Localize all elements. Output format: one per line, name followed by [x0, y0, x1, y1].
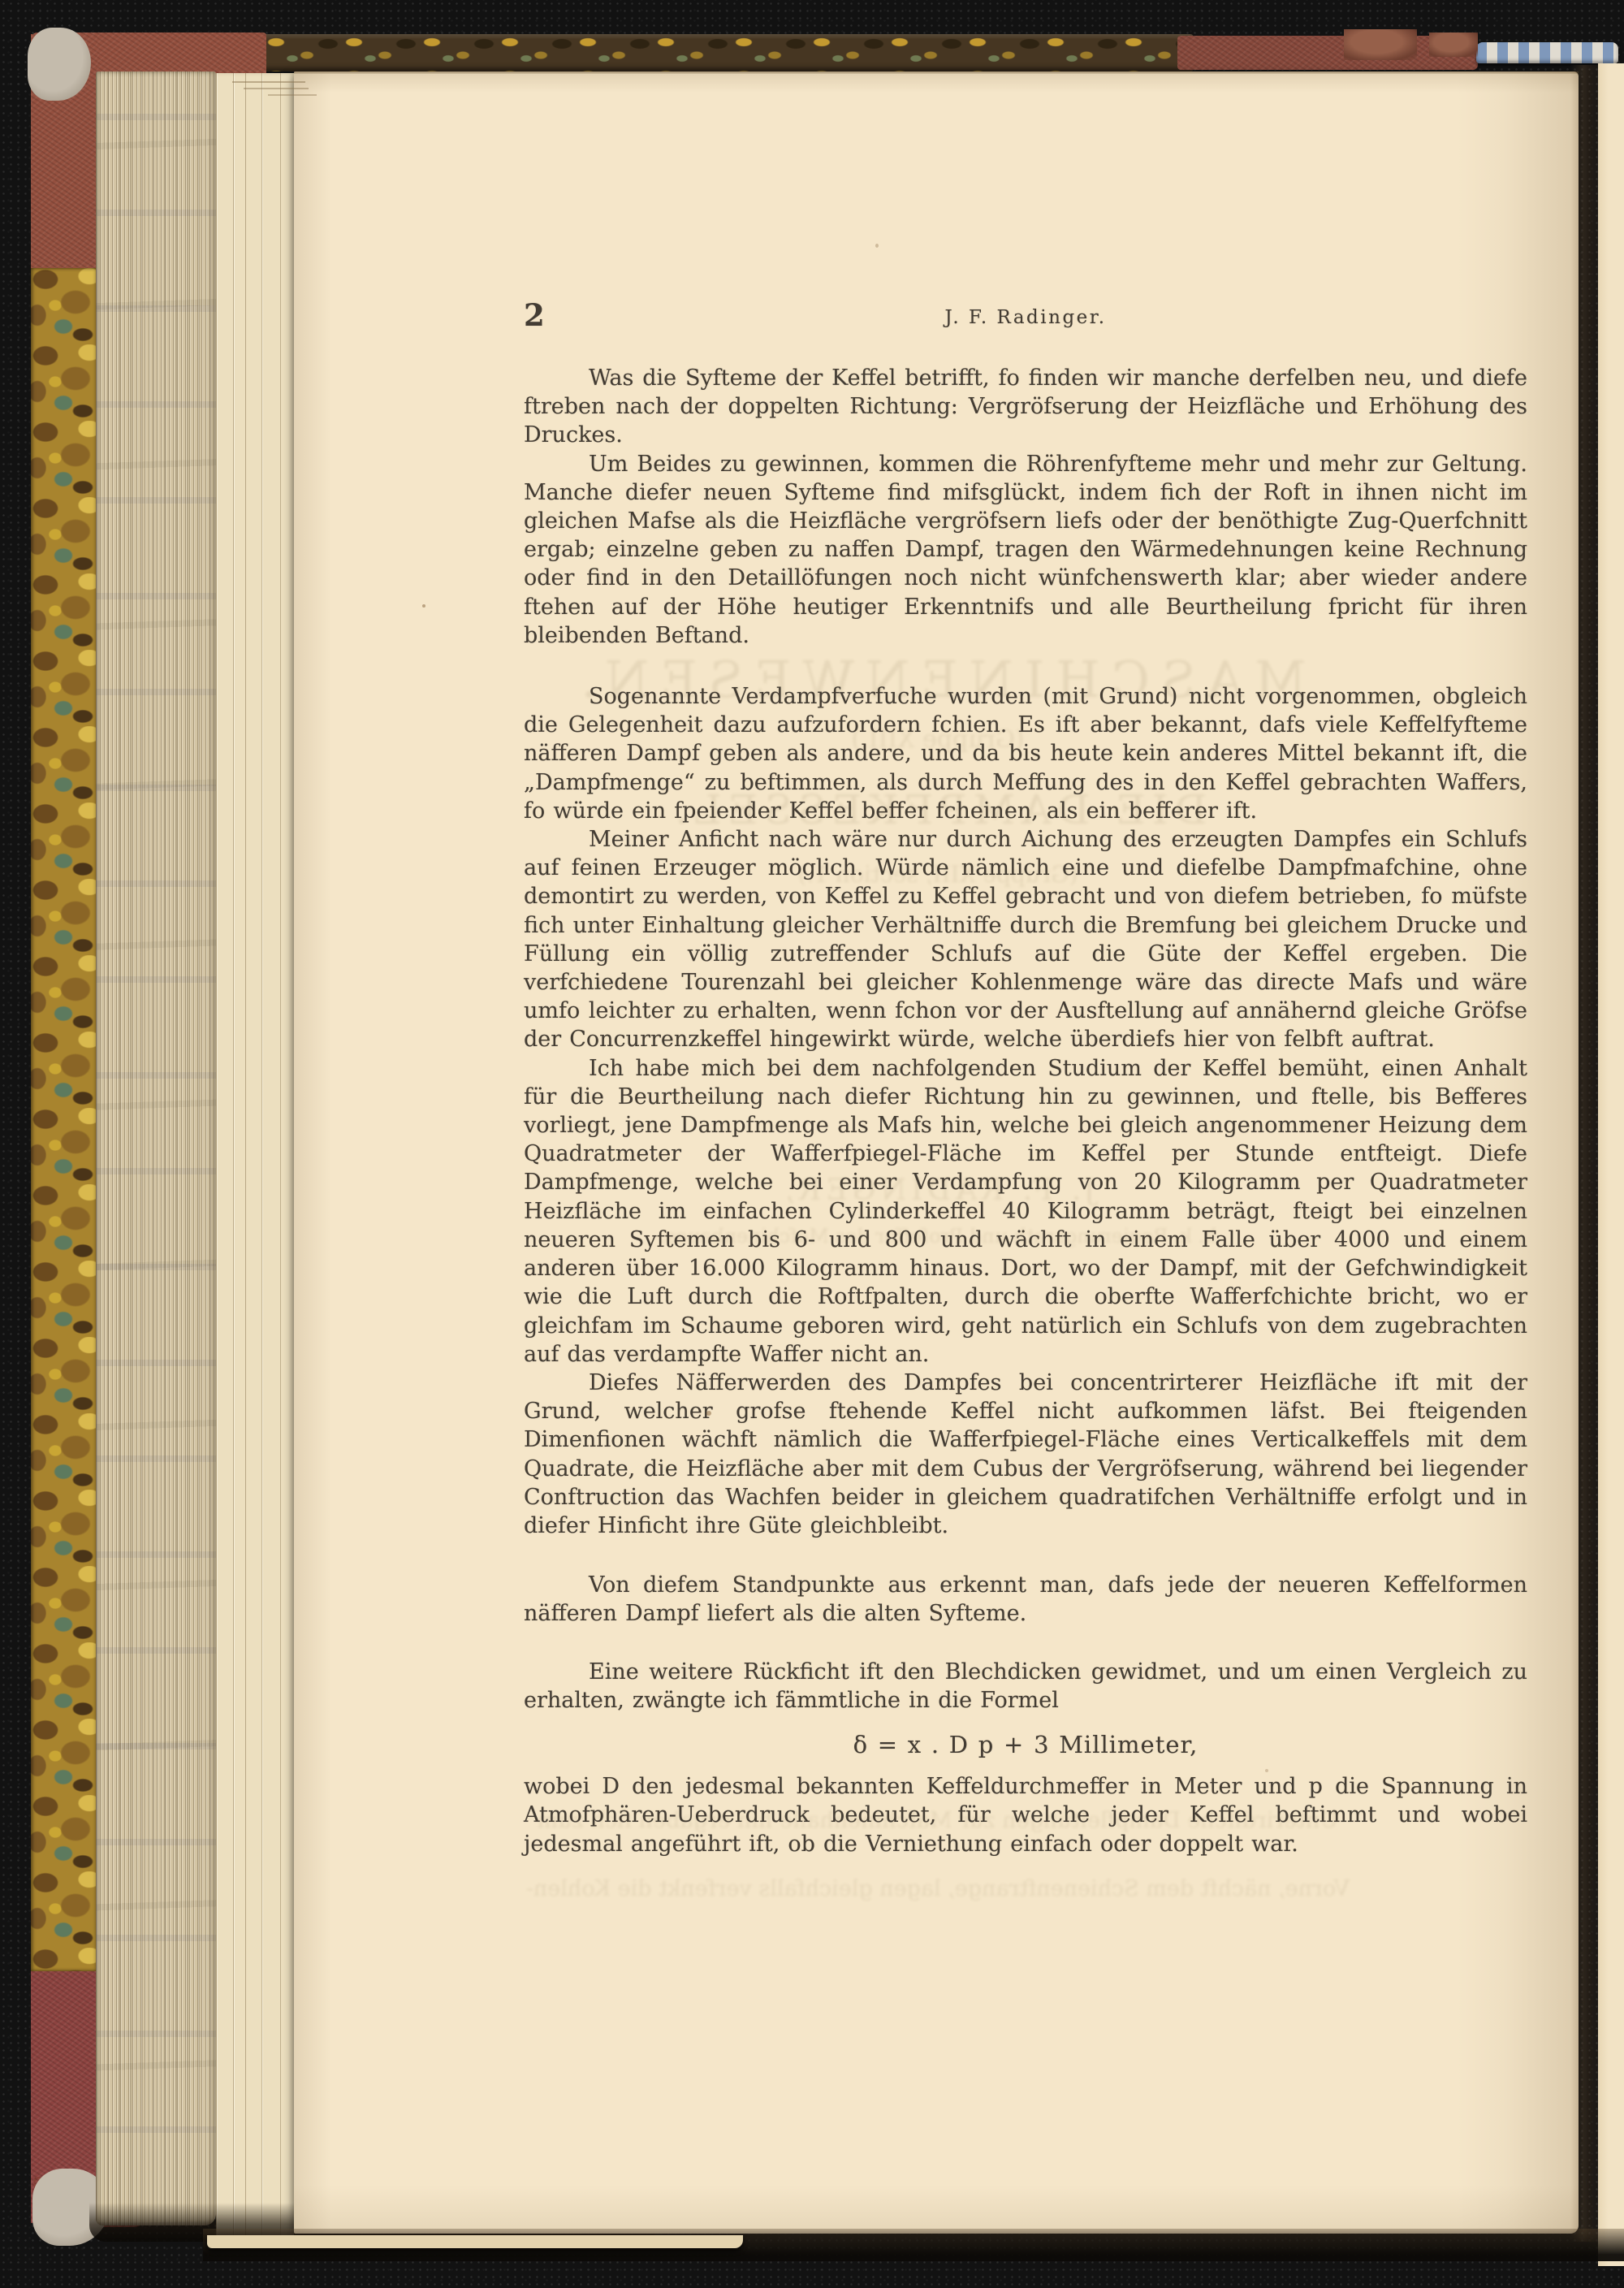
- foxing-speck: [1265, 1769, 1268, 1772]
- cover-left-strip-marbled: [31, 268, 97, 1971]
- foxing-speck: [422, 604, 425, 608]
- page-top-edge-line: [294, 71, 1579, 74]
- headband: [1476, 42, 1618, 63]
- leather-wear-lump: [1429, 32, 1478, 57]
- show-through-text: Vorne, nächft dem Schienenftrange, lagen…: [294, 1876, 1582, 1901]
- next-page-sliver: [1598, 63, 1624, 2266]
- scanned-book-photo: MASCHINENWESEN. (Gruppe XIII.) DIE DAMPF…: [0, 0, 1624, 2288]
- foxing-speck: [875, 244, 879, 248]
- running-title: J. F. Radinger.: [524, 307, 1527, 328]
- sheet-step-edge: [232, 81, 305, 83]
- under-page-sliver: [207, 2235, 743, 2248]
- body-text: Was die Syfteme der Keffel betrifft, fo …: [524, 364, 1527, 1858]
- sheet-step-edge: [268, 94, 317, 96]
- paragraph: Sogenannte Verdampfverfuche wurden (mit …: [524, 682, 1527, 825]
- loose-page-edges: [216, 73, 294, 2240]
- cover-top-edge: [187, 34, 1194, 71]
- paragraph: Meiner Anficht nach wäre nur durch Aichu…: [524, 825, 1527, 1054]
- sheet-step-edge: [244, 88, 309, 89]
- foxing-speck: [706, 1411, 711, 1416]
- leather-wear-lump: [1344, 29, 1417, 60]
- page-stack-fore-edge: [96, 71, 216, 2225]
- paragraph: Eine weitere Rückficht ift den Blechdick…: [524, 1658, 1527, 1715]
- paragraph: Um Beides zu gewinnen, kommen die Röhren…: [524, 450, 1527, 650]
- paragraph: wobei D den jedesmal bekannten Keffeldur…: [524, 1772, 1527, 1858]
- paragraph: Diefes Näfferwerden des Dampfes bei conc…: [524, 1369, 1527, 1540]
- gutter-crease: [1570, 65, 1600, 2242]
- paragraph: Was die Syfteme der Keffel betrifft, fo …: [524, 364, 1527, 450]
- paragraph: Von diefem Standpunkte aus erkennt man, …: [524, 1571, 1527, 1628]
- formula: δ = x . D p + 3 Millimeter,: [524, 1731, 1527, 1759]
- paragraph: Ich habe mich bei dem nachfolgenden Stud…: [524, 1054, 1527, 1369]
